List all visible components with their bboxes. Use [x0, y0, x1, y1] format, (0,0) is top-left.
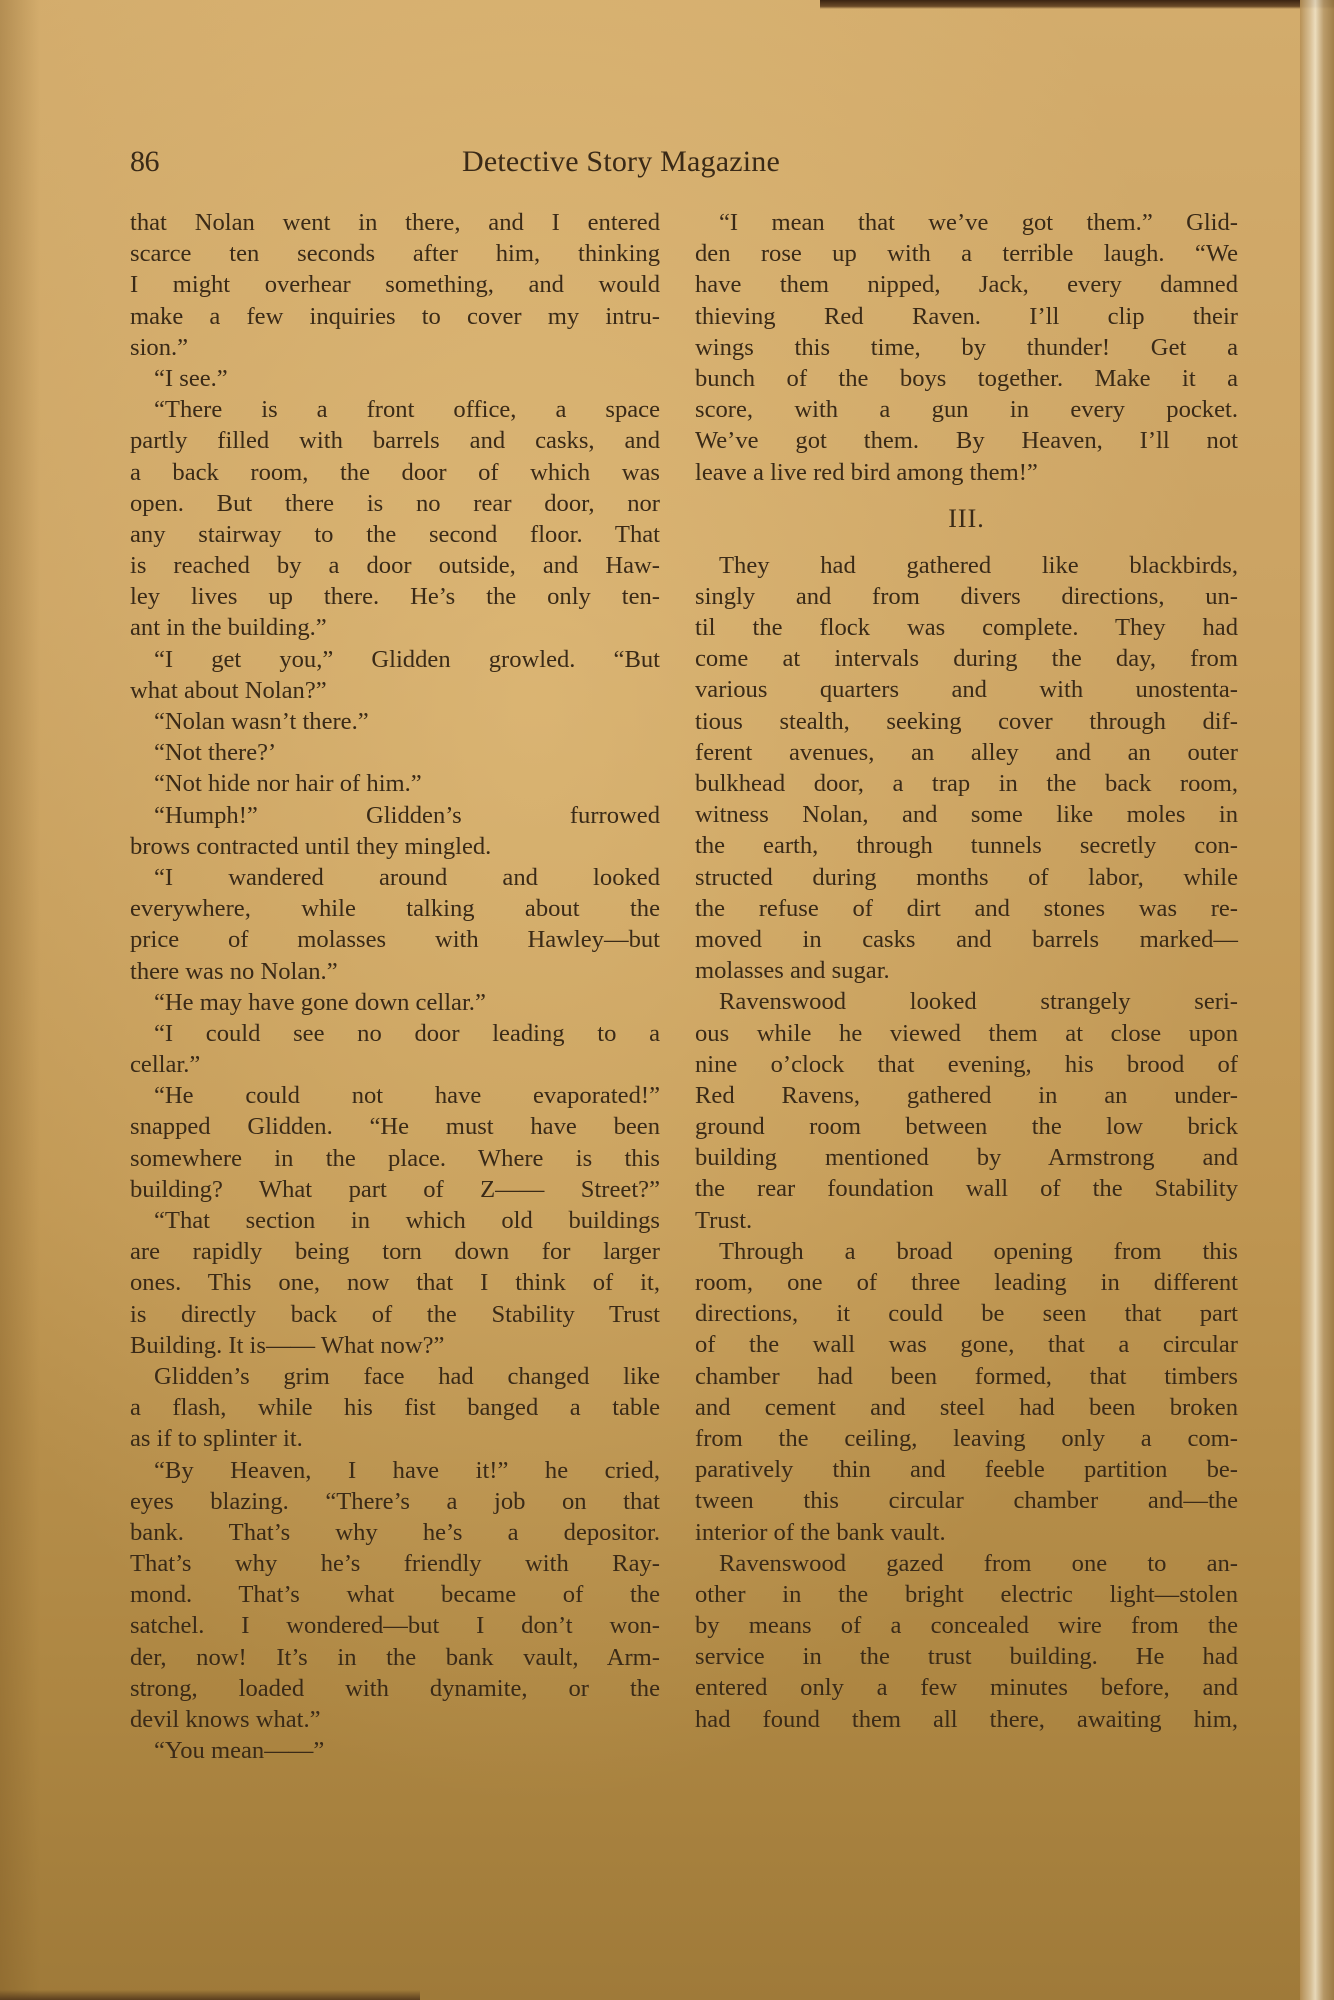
text-line: partly filled with barrels and casks, an… — [130, 425, 660, 456]
text-line: tween this circular chamber and—the — [695, 1485, 1238, 1516]
text-line: thieving Red Raven. I’ll clip their — [695, 301, 1238, 332]
text-line: sion.” — [130, 332, 660, 363]
text-line: Building. It is—— What now?” — [130, 1330, 660, 1361]
text-line: directions, it could be seen that part — [695, 1298, 1238, 1329]
text-line: are rapidly being torn down for larger — [130, 1236, 660, 1267]
text-line: “I mean that we’ve got them.” Glid- — [695, 207, 1238, 238]
text-line: chamber had been formed, that timbers — [695, 1361, 1238, 1392]
text-line: strong, loaded with dynamite, or the — [130, 1673, 660, 1704]
text-line: That’s why he’s friendly with Ray- — [130, 1548, 660, 1579]
text-line: molasses and sugar. — [695, 955, 1238, 986]
page-number: 86 — [130, 145, 159, 179]
text-line: “He could not have evaporated!” — [130, 1080, 660, 1111]
text-line: Ravenswood gazed from one to an- — [695, 1548, 1238, 1579]
text-line: Glidden’s grim face had changed like — [130, 1361, 660, 1392]
page-top-edge — [820, 0, 1334, 9]
text-line: “Humph!” Glidden’s furrowed — [130, 800, 660, 831]
text-line: der, now! It’s in the bank vault, Arm- — [130, 1642, 660, 1673]
text-line: the refuse of dirt and stones was re- — [695, 893, 1238, 924]
text-line: ant in the building.” — [130, 612, 660, 643]
text-line: Through a broad opening from this — [695, 1236, 1238, 1267]
text-line: somewhere in the place. Where is this — [130, 1143, 660, 1174]
text-line: from the ceiling, leaving only a com- — [695, 1423, 1238, 1454]
text-line: of the wall was gone, that a circular — [695, 1329, 1238, 1360]
page-binding-edge — [1300, 0, 1334, 2000]
text-line: den rose up with a terrible laugh. “We — [695, 238, 1238, 269]
text-line: leave a live red bird among them!” — [695, 457, 1238, 488]
text-line: score, with a gun in every pocket. — [695, 394, 1238, 425]
text-line: ground room between the low brick — [695, 1111, 1238, 1142]
text-line: “Nolan wasn’t there.” — [130, 706, 660, 737]
page-header: 86 Detective Story Magazine — [130, 145, 1238, 185]
text-line: entered only a few minutes before, and — [695, 1672, 1238, 1703]
text-line: til the flock was complete. They had — [695, 612, 1238, 643]
text-line: nine o’clock that evening, his brood of — [695, 1049, 1238, 1080]
text-line: service in the trust building. He had — [695, 1641, 1238, 1672]
text-line: “Not hide nor hair of him.” — [130, 768, 660, 799]
text-line: bank. That’s why he’s a depositor. — [130, 1517, 660, 1548]
text-line: ley lives up there. He’s the only ten- — [130, 581, 660, 612]
right-column-after-section: They had gathered like blackbirds,singly… — [695, 550, 1238, 1735]
left-text-column: that Nolan went in there, and I entereds… — [130, 207, 660, 1766]
text-line: room, one of three leading in different — [695, 1267, 1238, 1298]
text-line: the rear foundation wall of the Stabilit… — [695, 1173, 1238, 1204]
text-line: is reached by a door outside, and Haw- — [130, 550, 660, 581]
text-line: building? What part of Z—— Street?” — [130, 1174, 660, 1205]
text-line: devil knows what.” — [130, 1704, 660, 1735]
text-line: make a few inquiries to cover my intru- — [130, 301, 660, 332]
text-line: “By Heaven, I have it!” he cried, — [130, 1455, 660, 1486]
text-line: bunch of the boys together. Make it a — [695, 363, 1238, 394]
text-line: a flash, while his fist banged a table — [130, 1392, 660, 1423]
text-line: “Not there?’ — [130, 737, 660, 768]
text-line: Red Ravens, gathered in an under- — [695, 1080, 1238, 1111]
text-line: Ravenswood looked strangely seri- — [695, 986, 1238, 1017]
text-line: moved in casks and barrels marked— — [695, 924, 1238, 955]
text-line: a back room, the door of which was — [130, 457, 660, 488]
text-line: as if to splinter it. — [130, 1423, 660, 1454]
text-line: snapped Glidden. “He must have been — [130, 1111, 660, 1142]
text-line: eyes blazing. “There’s a job on that — [130, 1486, 660, 1517]
text-line: tious stealth, seeking cover through dif… — [695, 706, 1238, 737]
text-line: “I get you,” Glidden growled. “But — [130, 644, 660, 675]
text-line: any stairway to the second floor. That — [130, 519, 660, 550]
text-line: everywhere, while talking about the — [130, 893, 660, 924]
text-line: Trust. — [695, 1205, 1238, 1236]
text-line: there was no Nolan.” — [130, 956, 660, 987]
text-line: have them nipped, Jack, every damned — [695, 269, 1238, 300]
text-line: by means of a concealed wire from the — [695, 1610, 1238, 1641]
text-line: “I see.” — [130, 363, 660, 394]
text-line: mond. That’s what became of the — [130, 1579, 660, 1610]
text-line: “I could see no door leading to a — [130, 1018, 660, 1049]
text-line: ferent avenues, an alley and an outer — [695, 737, 1238, 768]
text-line: and cement and steel had been broken — [695, 1392, 1238, 1423]
text-line: open. But there is no rear door, nor — [130, 488, 660, 519]
text-line: “There is a front office, a space — [130, 394, 660, 425]
running-title: Detective Story Magazine — [462, 145, 780, 179]
text-line: the earth, through tunnels secretly con- — [695, 830, 1238, 861]
text-line: had found them all there, awaiting him, — [695, 1704, 1238, 1735]
text-line: that Nolan went in there, and I entered — [130, 207, 660, 238]
text-line: what about Nolan?” — [130, 675, 660, 706]
text-line: wings this time, by thunder! Get a — [695, 332, 1238, 363]
text-line: “That section in which old buildings — [130, 1205, 660, 1236]
text-line: paratively thin and feeble partition be- — [695, 1454, 1238, 1485]
text-line: bulkhead door, a trap in the back room, — [695, 768, 1238, 799]
section-heading: III. — [695, 488, 1238, 550]
text-line: come at intervals during the day, from — [695, 643, 1238, 674]
text-line: interior of the bank vault. — [695, 1517, 1238, 1548]
page-shadow-left — [0, 0, 40, 2000]
text-line: ones. This one, now that I think of it, — [130, 1267, 660, 1298]
text-line: satchel. I wondered—but I don’t won- — [130, 1610, 660, 1641]
text-line: building mentioned by Armstrong and — [695, 1142, 1238, 1173]
page-bottom-edge — [0, 1990, 420, 2000]
text-line: “I wandered around and looked — [130, 862, 660, 893]
text-line: cellar.” — [130, 1049, 660, 1080]
text-line: singly and from divers directions, un- — [695, 581, 1238, 612]
text-line: is directly back of the Stability Trust — [130, 1299, 660, 1330]
text-line: structed during months of labor, while — [695, 862, 1238, 893]
text-line: “He may have gone down cellar.” — [130, 987, 660, 1018]
text-line: I might overhear something, and would — [130, 269, 660, 300]
text-line: various quarters and with unostenta- — [695, 674, 1238, 705]
text-line: “You mean——” — [130, 1735, 660, 1766]
text-line: brows contracted until they mingled. — [130, 831, 660, 862]
text-line: We’ve got them. By Heaven, I’ll not — [695, 425, 1238, 456]
text-line: They had gathered like blackbirds, — [695, 550, 1238, 581]
right-column-before-section: “I mean that we’ve got them.” Glid-den r… — [695, 207, 1238, 488]
text-line: witness Nolan, and some like moles in — [695, 799, 1238, 830]
text-line: other in the bright electric light—stole… — [695, 1579, 1238, 1610]
text-line: scarce ten seconds after him, thinking — [130, 238, 660, 269]
right-text-column: “I mean that we’ve got them.” Glid-den r… — [695, 207, 1238, 1735]
text-line: ous while he viewed them at close upon — [695, 1018, 1238, 1049]
text-line: price of molasses with Hawley—but — [130, 924, 660, 955]
